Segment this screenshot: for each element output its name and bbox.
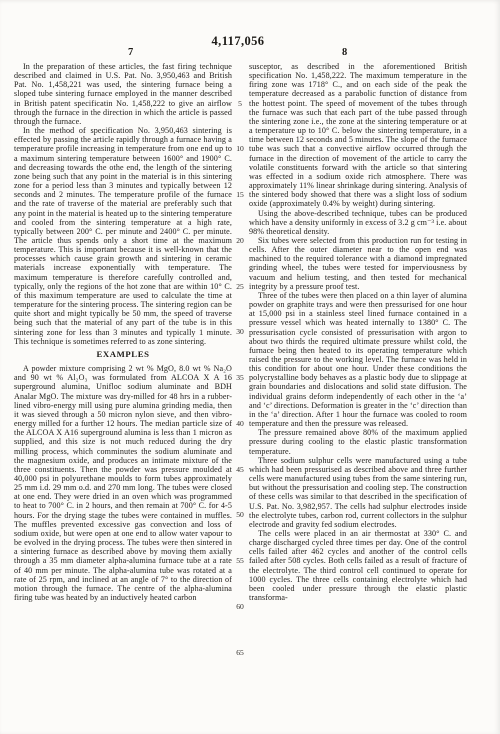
paragraph-density: Using the above-described technique, tub…	[249, 209, 467, 236]
line-number: 60	[231, 602, 249, 611]
line-number: 10	[231, 144, 249, 153]
line-number-gutter: 5 10 15 20 25 30 35 40 45 50 55 60 65	[231, 62, 249, 702]
right-column: susceptor, as described in the aforement…	[249, 62, 467, 602]
line-number: 20	[231, 236, 249, 245]
paragraph-pressure-remained: The pressure remained above 80% of the m…	[249, 428, 467, 455]
line-number: 55	[231, 556, 249, 565]
paragraph-six-tubes: Six tubes were selected from this produc…	[249, 236, 467, 291]
line-number: 65	[231, 648, 249, 657]
paragraph-preparation: In the preparation of these articles, th…	[14, 62, 232, 126]
column-number-left: 7	[128, 47, 133, 58]
paragraph-susceptor: susceptor, as described in the aforement…	[249, 62, 467, 209]
line-number: 15	[231, 190, 249, 199]
line-number: 25	[231, 282, 249, 291]
line-number: 50	[231, 510, 249, 519]
page-body: In the preparation of these articles, th…	[0, 62, 500, 722]
line-number: 5	[231, 99, 249, 108]
examples-heading: EXAMPLES	[14, 346, 232, 364]
line-number: 30	[231, 327, 249, 336]
column-number-right: 8	[342, 47, 347, 58]
patent-number: 4,117,056	[0, 34, 476, 49]
line-number: 45	[231, 465, 249, 474]
left-column: In the preparation of these articles, th…	[14, 62, 232, 602]
patent-page: 4,117,056 7 8 In the preparation of thes…	[0, 0, 500, 734]
paragraph-sodium-sulphur-cells: Three sodium sulphur cells were manufact…	[249, 456, 467, 529]
line-number: 40	[231, 419, 249, 428]
paragraph-powder-mixture: A powder mixture comprising 2 wt % MgO, …	[14, 364, 232, 602]
paragraph-pressurisation: Three of the tubes were then placed on a…	[249, 291, 467, 428]
paragraph-cell-cycling: The cells were placed in an air thermost…	[249, 529, 467, 602]
line-number: 35	[231, 373, 249, 382]
paragraph-sintering-method: In the method of specification No. 3,950…	[14, 126, 232, 346]
